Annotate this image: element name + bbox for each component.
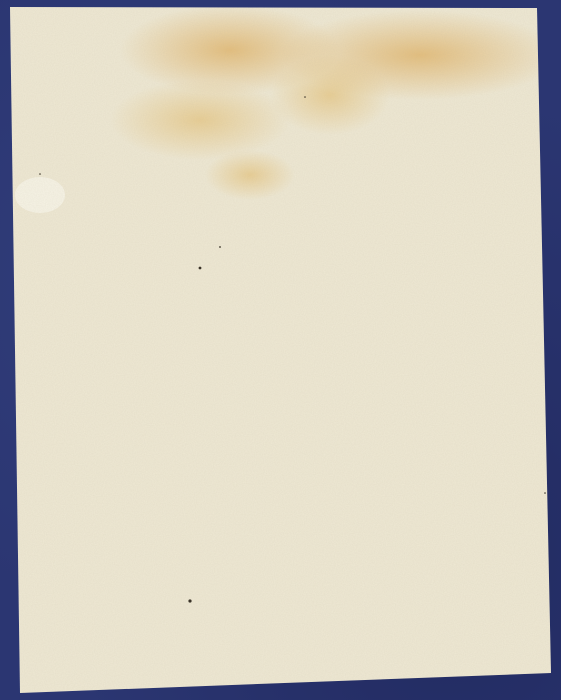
stains xyxy=(0,0,561,700)
navy-background xyxy=(0,0,561,700)
stamp-back xyxy=(0,0,561,700)
